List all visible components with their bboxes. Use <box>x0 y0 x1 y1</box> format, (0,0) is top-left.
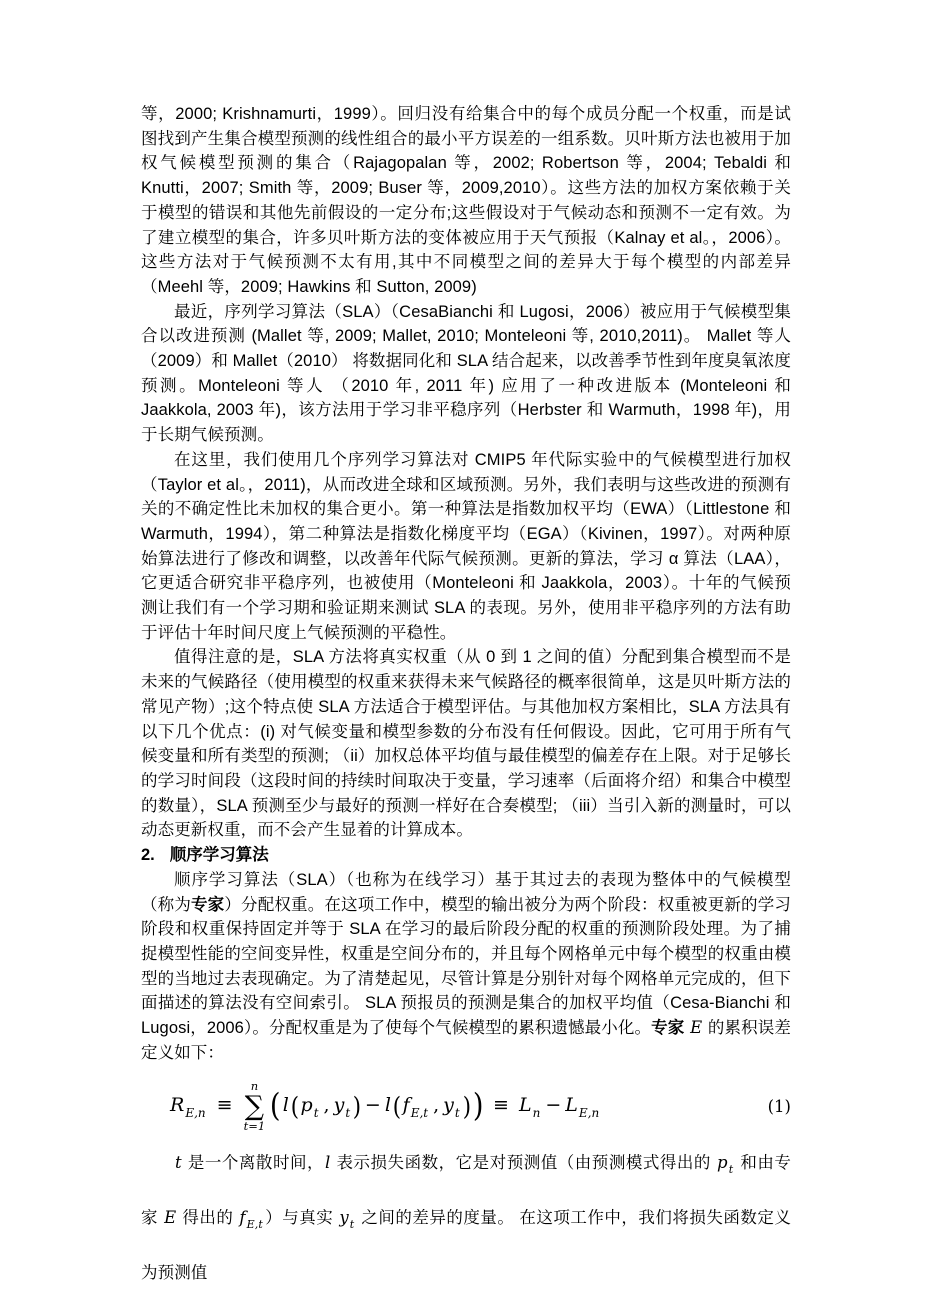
math-var: L <box>564 1094 579 1116</box>
math-var: l <box>282 1094 290 1116</box>
math-subscript: t <box>350 1218 355 1231</box>
paragraph: 值得注意的是，SLA 方法将真实权重（从 0 到 1 之间的值）分配到集合模型而… <box>141 645 791 843</box>
math-var: R <box>169 1094 185 1116</box>
math-subscript: E,t <box>247 1218 263 1231</box>
paragraph: 顺序学习算法（SLA）（也称为在线学习）基于其过去的表现为整体中的气候模型（称为… <box>141 868 791 1066</box>
text-run: 表示损失函数，它是对预测值（由预测模式得出的 <box>331 1154 716 1172</box>
math-subscript: t <box>314 1106 319 1120</box>
math-operator: , <box>321 1094 333 1116</box>
text-run: 在这里，我们使用几个序列学习算法对 CMIP5 年代际实验中的气候模型进行加权（… <box>141 451 791 642</box>
document-content: 等，2000; Krishnamurti，1999）。回归没有给集合中的每个成员… <box>141 102 791 1297</box>
paren-medium: ( <box>290 1092 298 1121</box>
math-operator: ≡ <box>208 1094 242 1116</box>
paren-medium: ) <box>353 1092 361 1121</box>
text-run: 是一个离散时间， <box>183 1154 324 1172</box>
heading-number: 2. <box>141 846 155 864</box>
math-subscript: E,n <box>185 1106 205 1120</box>
math-subscript: E,n <box>579 1106 599 1120</box>
text-run: 等，2000; Krishnamurti，1999）。回归没有给集合中的每个成员… <box>141 105 791 296</box>
math-var: L <box>518 1094 533 1116</box>
math-var: p <box>716 1153 729 1172</box>
math-subscript: t <box>345 1106 350 1120</box>
text-run: ）分配权重。在这项工作中，模型的输出被分为两个阶段：权重被更新的学习阶段和权重保… <box>141 896 791 1038</box>
math-var: E <box>163 1208 177 1227</box>
paragraph: 最近，序列学习算法（SLA）（CesaBianchi 和 Lugosi，2006… <box>141 300 791 448</box>
math-subscript: t <box>455 1106 460 1120</box>
equation-body: RE,n ≡ n∑t=1(l(pt,yt)−l(fE,t,yt)) ≡ Ln−L… <box>169 1080 601 1132</box>
bold-term: 专家 <box>191 896 224 914</box>
math-var: l <box>384 1094 392 1116</box>
bold-term: 专家 <box>651 1019 689 1037</box>
math-operator: , <box>430 1094 442 1116</box>
paragraph: 等，2000; Krishnamurti，1999）。回归没有给集合中的每个成员… <box>141 102 791 300</box>
section-heading: 2.顺序学习算法 <box>141 843 791 868</box>
text-run: 值得注意的是，SLA 方法将真实权重（从 0 到 1 之间的值）分配到集合模型而… <box>141 648 791 839</box>
sum-lower-limit: t=1 <box>244 1120 266 1133</box>
text-run: 最近，序列学习算法（SLA）（CesaBianchi 和 Lugosi，2006… <box>141 303 791 445</box>
math-var: p <box>300 1094 314 1116</box>
sigma-symbol: ∑ <box>245 1093 264 1120</box>
text-run: 得出的 <box>177 1209 238 1227</box>
math-subscript: n <box>533 1106 541 1120</box>
text-run: 顺序学习算法 <box>170 846 269 864</box>
math-subscript: E,t <box>411 1106 428 1120</box>
math-var: y <box>442 1094 455 1116</box>
text-run: ）与真实 <box>265 1209 338 1227</box>
math-var: E <box>689 1018 703 1037</box>
paren-medium: ) <box>462 1092 470 1121</box>
paragraph: t 是一个离散时间，l 表示损失函数，它是对预测值（由预测模式得出的 pt 和由… <box>141 1139 791 1297</box>
math-operator: − <box>542 1094 564 1116</box>
equation: RE,n ≡ n∑t=1(l(pt,yt)−l(fE,t,yt)) ≡ Ln−L… <box>141 1073 791 1139</box>
math-var: y <box>333 1094 346 1116</box>
math-operator: ≡ <box>484 1094 518 1116</box>
paren-medium: ( <box>393 1092 401 1121</box>
math-var: f <box>402 1094 411 1116</box>
math-subscript: t <box>729 1163 734 1176</box>
math-var: t <box>174 1153 183 1172</box>
math-operator: − <box>362 1094 384 1116</box>
paren-large: ) <box>472 1086 483 1124</box>
paren-large: ( <box>270 1086 281 1124</box>
paragraph: 在这里，我们使用几个序列学习算法对 CMIP5 年代际实验中的气候模型进行加权（… <box>141 448 791 646</box>
equation-number: (1) <box>768 1097 791 1116</box>
summation-operator: n∑t=1 <box>244 1080 266 1132</box>
math-var: f <box>238 1208 246 1227</box>
math-var: y <box>338 1208 349 1227</box>
document-page: 等，2000; Krishnamurti，1999）。回归没有给集合中的每个成员… <box>0 0 926 1309</box>
